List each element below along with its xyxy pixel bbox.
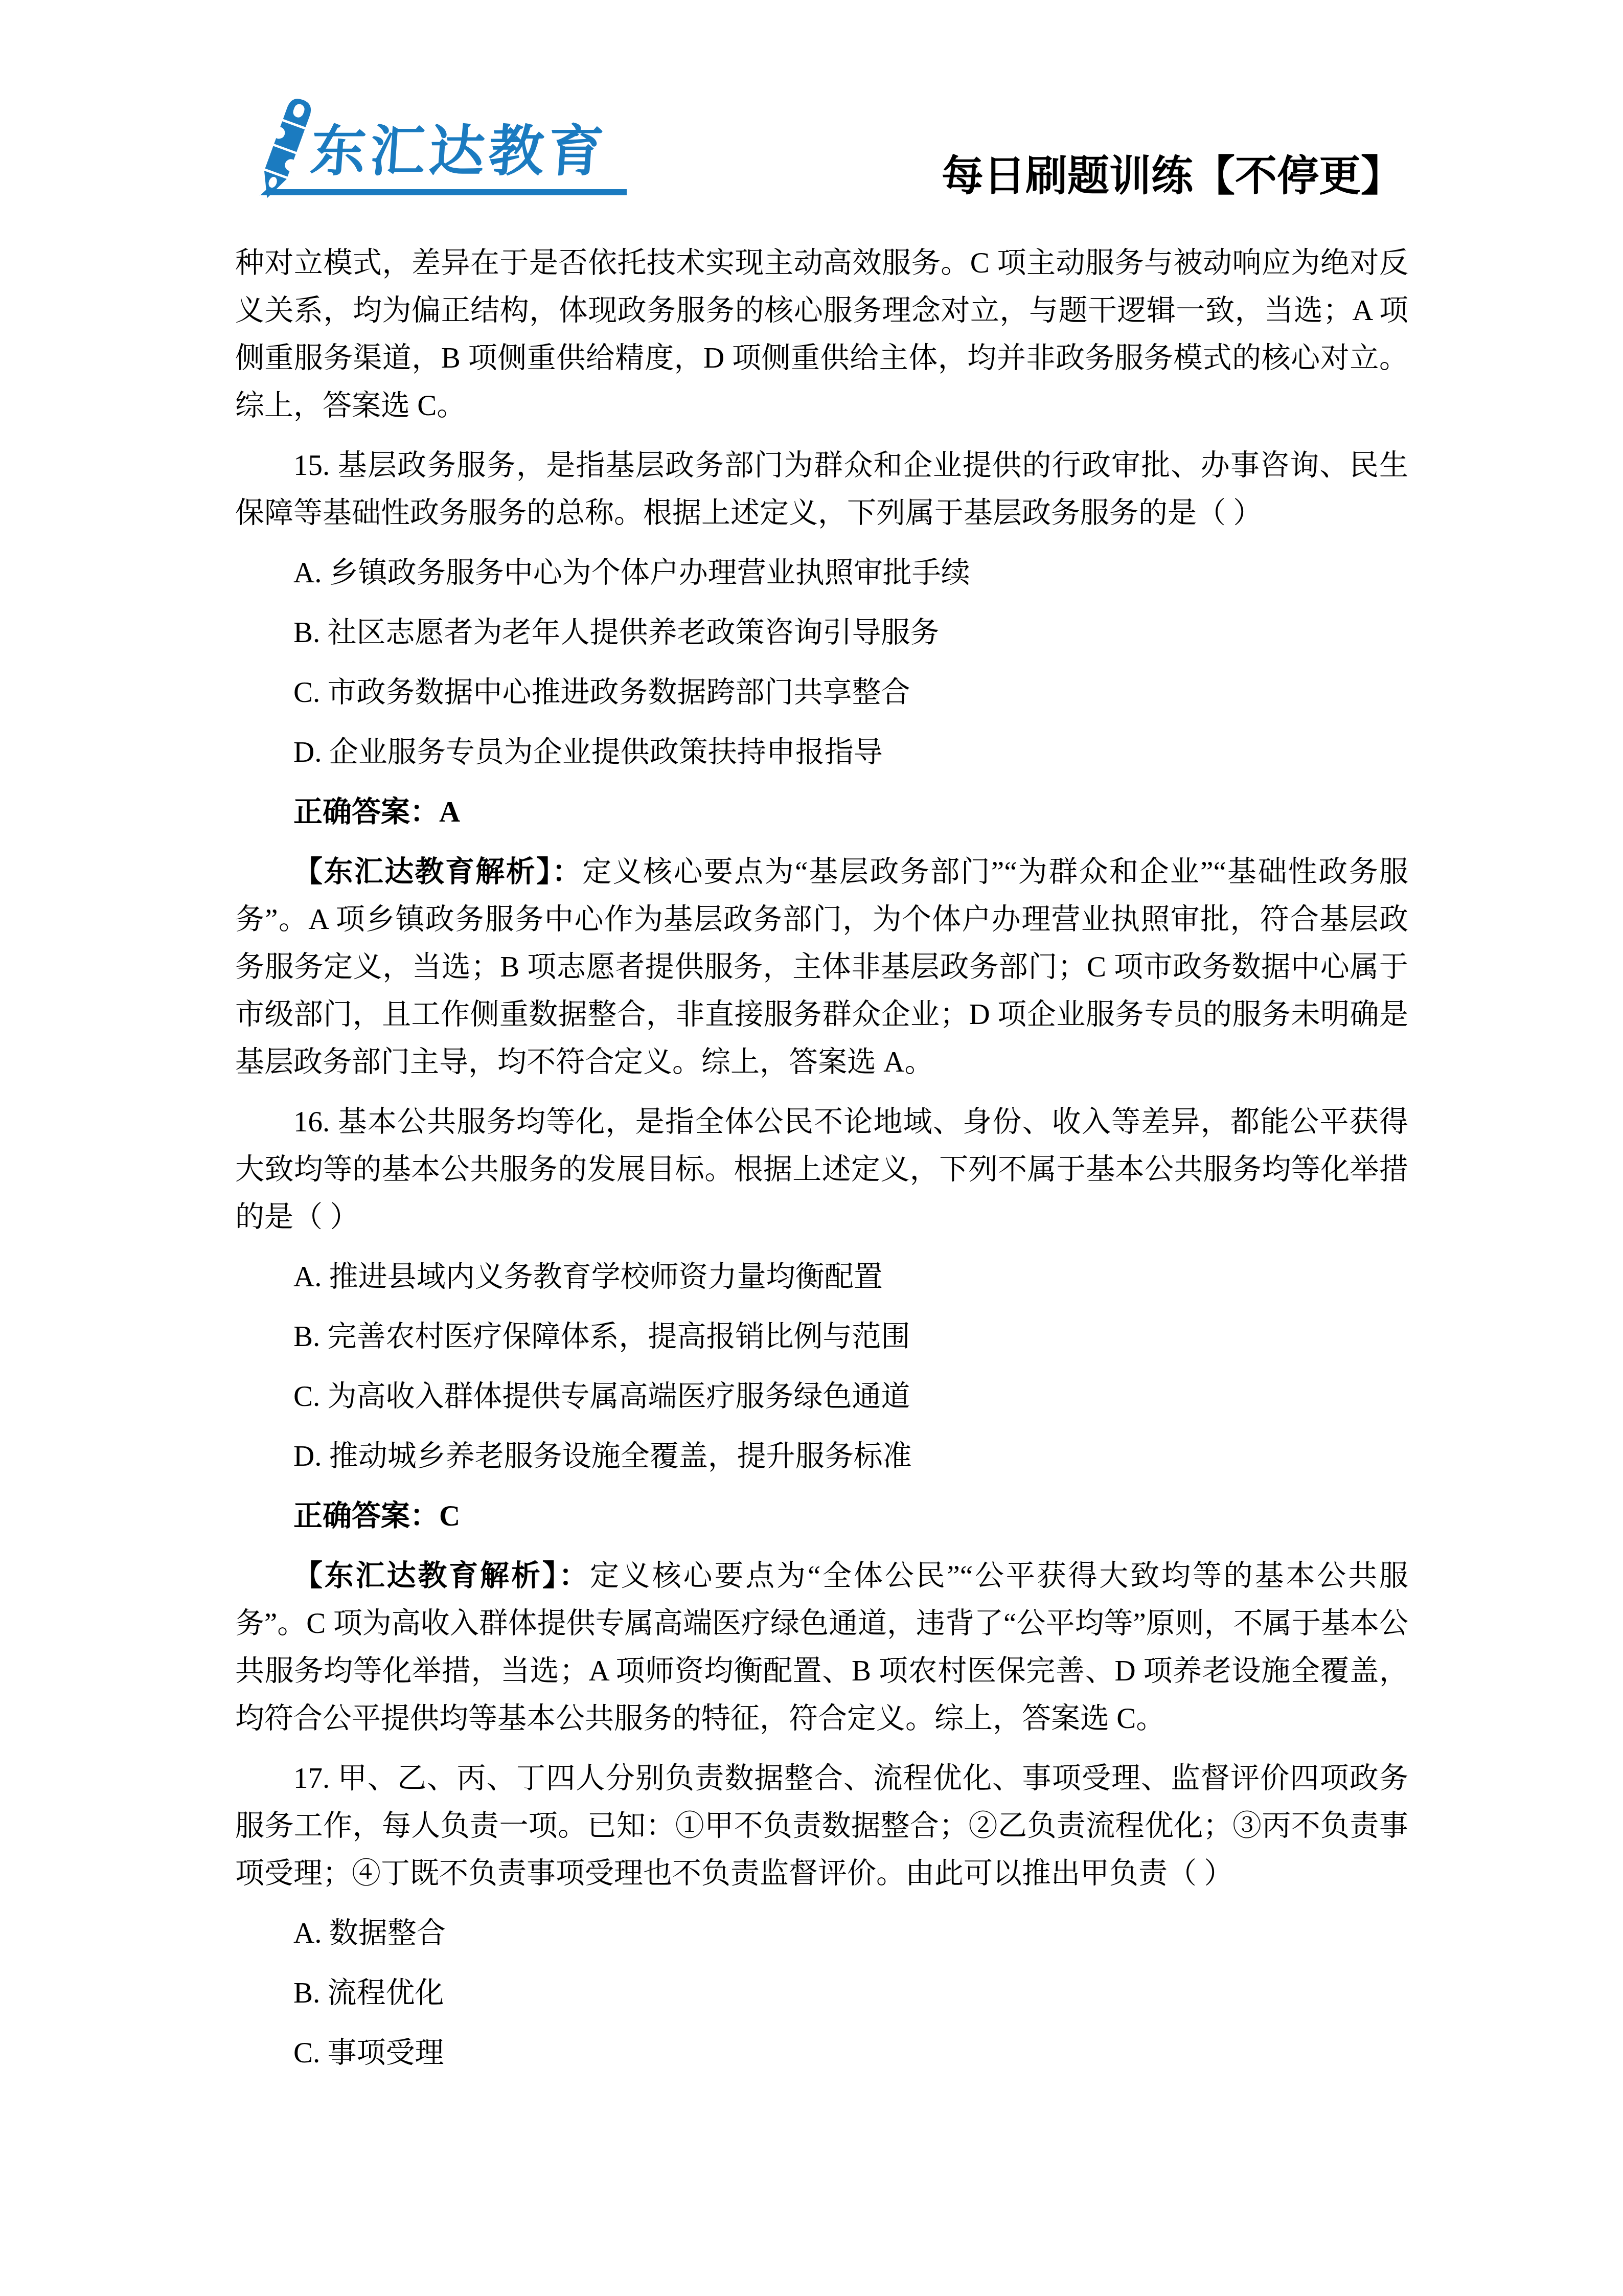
question-16-option-b: B. 完善农村医疗保障体系，提高报销比例与范围 [235,1313,1408,1360]
question-16-answer: 正确答案：C [235,1492,1408,1540]
question-16-option-d: D. 推动城乡养老服务设施全覆盖，提升服务标准 [235,1433,1408,1480]
analysis-text: 定义核心要点为“基层政务部门”“为群众和企业”“基础性政务服务”。A 项乡镇政务… [235,856,1408,1078]
analysis-label: 【东汇达教育解析】： [293,1560,590,1592]
document-page: 东汇达教育 每日刷题训练【不停更】 种对立模式，差异在于是否依托技术实现主动高效… [0,0,1623,2296]
question-15-option-c: C. 市政务数据中心推进政务数据跨部门共享整合 [235,669,1408,716]
question-15-analysis: 【东汇达教育解析】：定义核心要点为“基层政务部门”“为群众和企业”“基础性政务服… [235,848,1408,1086]
question-16-analysis: 【东汇达教育解析】：定义核心要点为“全体公民”“公平获得大致均等的基本公共服务”… [235,1552,1408,1742]
analysis-continuation-paragraph: 种对立模式，差异在于是否依托技术实现主动高效服务。C 项主动服务与被动响应为绝对… [235,239,1408,429]
brand-logo: 东汇达教育 [234,98,638,206]
question-16-option-c: C. 为高收入群体提供专属高端医疗服务绿色通道 [235,1373,1408,1420]
question-17-option-a: A. 数据整合 [235,1909,1408,1957]
question-17-option-c: C. 事项受理 [235,2029,1408,2077]
question-16-stem: 16. 基本公共服务均等化，是指全体公民不论地域、身份、收入等差异，都能公平获得… [235,1098,1408,1241]
question-15-option-d: D. 企业服务专员为企业提供政策扶持申报指导 [235,729,1408,776]
question-15-option-b: B. 社区志愿者为老年人提供养老政策咨询引导服务 [235,609,1408,656]
question-17-option-b: B. 流程优化 [235,1969,1408,2017]
analysis-label: 【东汇达教育解析】： [293,856,582,888]
document-content: 种对立模式，差异在于是否依托技术实现主动高效服务。C 项主动服务与被动响应为绝对… [235,239,1408,2089]
question-16-option-a: A. 推进县域内义务教育学校师资力量均衡配置 [235,1253,1408,1301]
logo-underline [260,189,627,196]
page-tagline: 每日刷题训练【不停更】 [942,153,1403,199]
question-15-stem: 15. 基层政务服务，是指基层政务部门为群众和企业提供的行政审批、办事咨询、民生… [235,442,1408,537]
question-15-answer: 正确答案：A [235,788,1408,836]
question-15-option-a: A. 乡镇政务服务中心为个体户办理营业执照审批手续 [235,549,1408,597]
question-17-stem: 17. 甲、乙、丙、丁四人分别负责数据整合、流程优化、事项受理、监督评价四项政务… [235,1755,1408,1897]
brand-logo-text: 东汇达教育 [309,124,609,179]
